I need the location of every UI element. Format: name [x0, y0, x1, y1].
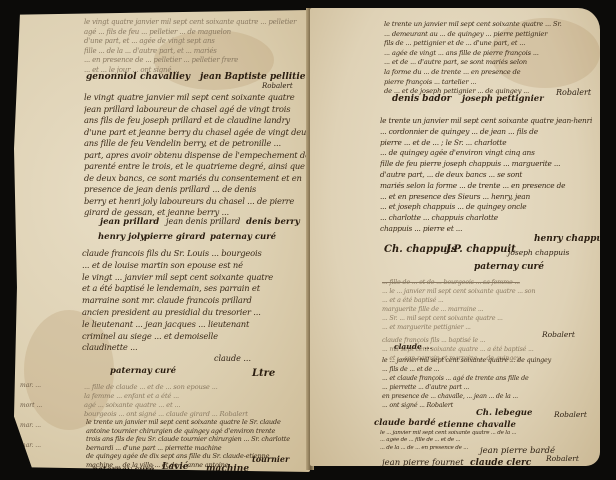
right-page: le trente un janvier mil sept cent soixa…	[310, 8, 600, 466]
signature: claude bardé	[374, 418, 436, 428]
text-line: d'une part et jeanne berry du chasel agé…	[84, 127, 310, 139]
text-line: ... fille de claude ... et de ... son ep…	[84, 383, 308, 392]
text-line: le ... janvier mil sept cent soixante qu…	[380, 430, 598, 437]
text-line: parenté entre le trois, et le quatrieme …	[84, 161, 310, 173]
text-line: en presence de ... chavalle, ... jean ..…	[382, 392, 596, 401]
right-entry-3-faded: ... fille de ... et de ... bourgeois ...…	[382, 278, 596, 332]
signature: jean denis prillard	[166, 217, 240, 226]
margin-note: mar. ...	[20, 422, 41, 429]
text-line: ancien president au presidial du tresori…	[82, 307, 308, 319]
text-line: le lieutenant ... jean jacques ... lieut…	[82, 319, 308, 331]
signature: tournier	[252, 454, 289, 464]
text-line: mariés selon la forme ... de trente ... …	[380, 181, 598, 192]
text-line: d'une part, et ... agée de vingt sept an…	[84, 37, 306, 47]
text-line: ... fils de ... et de ...	[382, 365, 596, 374]
signature: paternay curé	[474, 262, 544, 272]
margin-note: mort ...	[20, 402, 42, 409]
signature: denis bador	[392, 94, 451, 104]
signature: Robalert	[546, 454, 579, 463]
text-line: le vingt quatre janvier mil sept cent so…	[84, 18, 306, 28]
text-line: ... et a été baptisé ...	[382, 296, 596, 305]
text-line: claudinette ...	[82, 342, 308, 354]
signature: jean pierre fournet	[382, 458, 464, 466]
left-entry-1: le vingt quatre janvier mil sept cent so…	[84, 92, 310, 219]
text-line: agé ... soixante quatre ... et ...	[84, 401, 308, 410]
text-line: ... demeurant au ... de quingey ... pier…	[384, 30, 594, 40]
text-line: ... cordonnier de quingey ... de jean ..…	[380, 127, 598, 138]
text-line: ... Sr. ... mil sept cent soixante quatr…	[382, 314, 596, 323]
text-line: ... et en presence des Sieurs ... henry,…	[380, 192, 598, 203]
signature: Lavié	[162, 462, 189, 472]
signature: machine	[206, 464, 249, 472]
text-line: la forme du ... de trente ... en presenc…	[384, 68, 594, 78]
text-line: ... et de louise martin son epouse est n…	[82, 260, 308, 272]
text-line: la femme ... enfant et a été ...	[84, 392, 308, 401]
signature: Robalert	[556, 88, 591, 97]
left-entry-3-faded: ... fille de claude ... et de ... son ep…	[84, 383, 308, 419]
text-line: ... le ... janvier mil sept cent soixant…	[382, 287, 596, 296]
left-entry-top-faded: le vingt quatre janvier mil sept cent so…	[84, 18, 306, 75]
text-line: ... agée de vingt ... ans fille de pierr…	[384, 49, 594, 59]
text-line: claude francois fils du Sr. Louis ... bo…	[82, 248, 308, 260]
text-line: ... fille de ... et de ... bourgeois ...…	[382, 278, 596, 287]
signature: paternay curé	[92, 464, 154, 472]
text-line: ans fils de feu joseph prillard et de cl…	[84, 115, 310, 127]
text-line: trois ans fils de feu Sr. claude tournie…	[86, 435, 308, 444]
text-line: marraine sont mr. claude francois prilla…	[82, 295, 308, 307]
signature: chavalliey	[140, 72, 190, 82]
signature: denis berry	[246, 217, 300, 227]
signature: Ltre	[252, 368, 275, 379]
signature: jean pierre bardé	[480, 446, 555, 456]
margin-note: mar. ...	[20, 382, 41, 389]
text-line: et a été baptisé le lendemain, ses parra…	[82, 283, 308, 295]
text-line: d'autre part, ... de deux bancs ... se s…	[380, 170, 598, 181]
signature: Robalert	[554, 410, 587, 419]
right-entry-5: le ... janvier mil sept cent soixante qu…	[382, 356, 596, 410]
signature: paternay curé	[110, 366, 176, 376]
text-line: le vingt quatre janvier mil sept cent so…	[84, 92, 310, 104]
signature: jean Baptiste pellitier	[200, 72, 310, 82]
left-entry-2: claude francois fils du Sr. Louis ... bo…	[82, 248, 308, 354]
text-line: de deux bancs, ce sont mariés du consent…	[84, 173, 310, 185]
text-line: fille ... de la ... d'autre part, et ...…	[84, 47, 306, 57]
signature: joseph pettignier	[462, 94, 544, 104]
right-entry-1: le trente un janvier mil sept cent soixa…	[384, 20, 594, 97]
text-line: le ... janvier mil sept cent soixante qu…	[382, 356, 596, 365]
signature: Robalert	[262, 82, 293, 90]
signature: jean prillard	[100, 217, 159, 227]
signature: genonniol	[86, 72, 137, 82]
text-line: fils de ... pettignier et de ... d'une p…	[384, 39, 594, 49]
margin-note: mar. ...	[20, 442, 41, 449]
text-line: ... agée de ... fille de ... et de ...	[380, 437, 598, 444]
text-line: le vingt ... janvier mil sept cent soixa…	[82, 272, 308, 284]
text-line: bernardi ... d'une part ... pierrette ma…	[86, 444, 308, 453]
text-line: berry et henri joly laboureurs du chasel…	[84, 196, 310, 208]
signature: claude clerc	[470, 458, 531, 466]
text-line: ... en presence de ... pelletier ... pel…	[84, 56, 306, 66]
text-line: pierre ... et de ... ; le Sr. ... charlo…	[380, 138, 598, 149]
text-line: le trente un janvier mil sept cent soixa…	[380, 116, 598, 127]
signature: pierre girard	[144, 232, 205, 242]
signature: joseph chappuis	[508, 248, 569, 257]
text-line: agé ... fils de feu ... pelletier ... de…	[84, 28, 306, 38]
text-line: fille de feu pierre joseph chappuis ... …	[380, 159, 598, 170]
signature: paternay curé	[210, 232, 276, 242]
text-line: presence de jean denis prillard ... de d…	[84, 184, 310, 196]
signature: henry joly	[98, 232, 145, 242]
text-line: pierre françois ... tartelier ...	[384, 78, 594, 88]
signature: J.P. chappuit	[446, 244, 516, 255]
text-line: ... pierrette ... d'autre part ...	[382, 383, 596, 392]
text-line: ... et de ... d'autre part, se sont mari…	[384, 58, 594, 68]
signature: claude ...	[214, 354, 251, 363]
text-line: le trente un janvier mil sept cent soixa…	[86, 418, 308, 427]
text-line: jean prillard laboureur de chasel agé de…	[84, 104, 310, 116]
text-line: ... de quingey agée d'environ vingt cinq…	[380, 148, 598, 159]
left-page: le vingt quatre janvier mil sept cent so…	[14, 10, 310, 472]
text-line: ans fille de feu Vendelin berry, et de p…	[84, 138, 310, 150]
signature: henry chappuis	[534, 234, 600, 244]
text-line: antoine tournier chirurgien de quingey a…	[86, 427, 308, 436]
text-line: part, apres avoir obtenu dispense de l'e…	[84, 150, 310, 162]
text-line: criminel au siege ... et demoiselle	[82, 331, 308, 343]
right-entry-2: le trente un janvier mil sept cent soixa…	[380, 116, 598, 235]
text-line: le trente un janvier mil sept cent soixa…	[384, 20, 594, 30]
signature: etienne chavalle	[438, 420, 516, 430]
text-line: ... et claude françois ... agé de trente…	[382, 374, 596, 383]
text-line: ... charlotte ... chappuis charlotte	[380, 213, 598, 224]
text-line: marguerite fille de ... marraine ...	[382, 305, 596, 314]
signature: Ch. lebegue	[476, 408, 532, 418]
text-line: ... et joseph chappuis ... de quingey on…	[380, 202, 598, 213]
document-scan: le vingt quatre janvier mil sept cent so…	[0, 0, 616, 480]
entry-heading: claude ...	[394, 342, 432, 351]
